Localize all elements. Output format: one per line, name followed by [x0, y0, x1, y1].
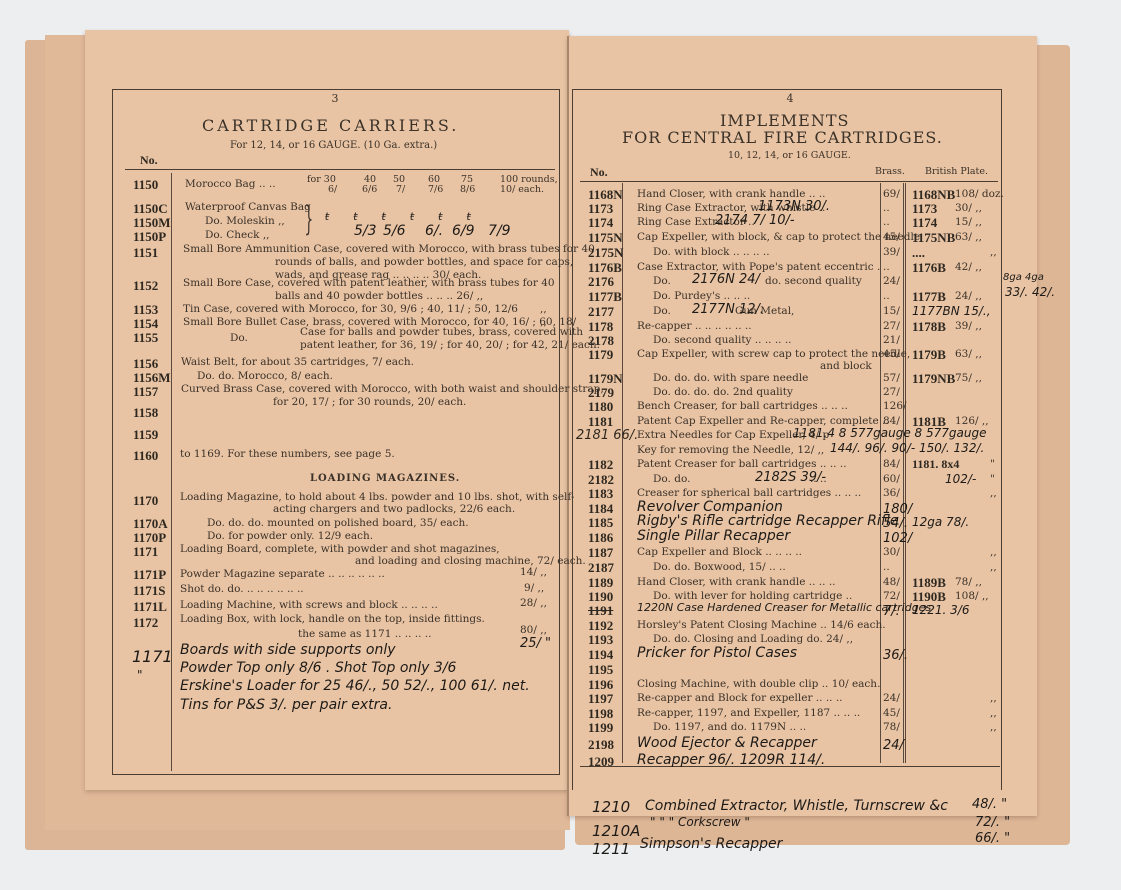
item-description: Shot do. do. .. .. .. .. .. .. [180, 583, 304, 595]
item-number: 1171S [133, 583, 166, 599]
item-price: 80/ ,, [520, 624, 547, 636]
brass-price: 36/ [883, 487, 900, 499]
handwritten-annotation: 144/. 96/. 90/- 150/. 132/. [830, 441, 984, 455]
item-description: Patent Creaser for ball cartridges .. ..… [637, 458, 847, 470]
item-number: 1171 [133, 544, 158, 560]
british-plate-price: 63/ ,, [955, 231, 982, 243]
item-number: 1187 [588, 545, 613, 561]
british-plate-price: ,, [990, 546, 997, 558]
item-price: 14/ ,, [520, 566, 547, 578]
handwritten-item-price: 72/. " [975, 815, 1010, 830]
item-description: Bench Creaser, for ball cartridges .. ..… [637, 400, 848, 412]
brass-price: .. [883, 202, 890, 214]
brass-price: 39/ [883, 246, 900, 258]
brass-price: .. [883, 216, 890, 228]
british-plate-number: 1177BN 15/., [912, 304, 991, 318]
brass-price: 45/ [883, 707, 900, 719]
british-plate-number: .... [912, 245, 925, 261]
item-number: 1186 [588, 530, 613, 546]
british-plate-number: 1174 [912, 215, 937, 231]
item-description: Do. Check ,, [205, 229, 270, 241]
left-page-subtitle: For 12, 14, or 16 GAUGE. (10 Ga. extra.) [230, 140, 437, 152]
brass-price: 27/ [883, 386, 900, 398]
right-number-column-divider [622, 183, 623, 763]
item-description: Waist Belt, for about 35 cartridges, 7/ … [181, 356, 414, 368]
british-plate-price: ,, [990, 721, 997, 733]
british-plate-number: 1179B [912, 347, 946, 363]
item-description: Re-capper .. .. .. .. .. .. [637, 320, 752, 332]
item-description: Creaser for spherical ball cartridges ..… [637, 487, 861, 499]
handwritten-price-6-9: 6/9 [452, 223, 475, 239]
item-number: 2176 [588, 274, 614, 290]
british-plate-price: ,, [990, 707, 997, 719]
item-number: 1151 [133, 245, 158, 261]
british-plate-price: ,, [990, 246, 997, 258]
item-description: Do. do. Boxwood, 15/ .. .. [653, 561, 786, 573]
brass-price: 60/ [883, 473, 900, 485]
item-number: 1182 [588, 457, 613, 473]
item-number: 1150P [133, 229, 166, 245]
item-number: 1180 [588, 399, 613, 415]
item-number: 1170 [133, 493, 158, 509]
left-page-number: 3 [320, 93, 350, 105]
item-number: 2181 66/. [576, 428, 638, 443]
item-description: Do. Moleskin ,, [205, 215, 285, 227]
handwritten-annotation: Recapper 96/. 1209R 114/. [637, 752, 825, 768]
british-plate-price: ,, [990, 561, 997, 573]
item-ditto: ,, [540, 303, 547, 315]
brass-price: 24/ [883, 738, 904, 753]
item-description: Powder Magazine separate .. .. .. .. .. … [180, 568, 385, 580]
item-description: Small Bore Case, covered with patent lea… [183, 277, 555, 289]
item-description: Horsley's Patent Closing Machine .. 14/6… [637, 619, 886, 631]
handwritten-item-description: " " " Corkscrew " [650, 815, 750, 829]
british-plate-price: 78/ ,, [955, 576, 982, 588]
british-plate-price: ,, [990, 487, 997, 499]
left-header-rule [125, 169, 555, 170]
brass-price: .. [883, 290, 890, 302]
item-number: 2198 [588, 737, 614, 753]
brass-price: 102/ [883, 531, 912, 546]
item-number: 1150 [133, 177, 158, 193]
british-plate-number: 1175NB [912, 230, 955, 246]
item-number: 1157 [133, 384, 158, 400]
price-30: 6/ [328, 184, 337, 196]
item-description: Cap Expeller, with block, & cap to prote… [637, 231, 920, 243]
handwritten-item-description: Combined Extractor, Whistle, Turnscrew &… [645, 798, 948, 814]
item-description-cont: for 20, 17/ ; for 30 rounds, 20/ each. [273, 396, 466, 408]
item-description: Do. with block .. .. .. .. [653, 246, 770, 258]
item-number: 1179 [588, 347, 613, 363]
british-plate-number: 1179NB [912, 371, 955, 387]
british-plate-number: 1177B [912, 289, 946, 305]
british-plate-price: 63/ ,, [955, 348, 982, 360]
spine-gutter [567, 36, 569, 816]
handwritten-price-5-6: 5/6 [383, 223, 406, 239]
item-description: Morocco Bag .. .. [185, 178, 276, 190]
brass-price: 45/ [883, 231, 900, 243]
brass-price: 69/ [883, 188, 900, 200]
item-description: Do. do. Closing and Loading do. 24/ ,, [653, 633, 853, 645]
handwritten-annotation: Wood Ejector & Recapper [637, 735, 817, 751]
handwritten-note-tins: Tins for P&S 3/. per pair extra. [180, 697, 392, 713]
item-description: Do. do. [653, 473, 690, 485]
british-plate-number: 1176B [912, 260, 946, 276]
item-number: 1177B [588, 289, 622, 305]
handwritten-price-5-3: 5/3 [354, 223, 377, 239]
item-number: 1195 [588, 662, 613, 678]
item-description: Loading Machine, with screws and block .… [180, 599, 438, 611]
item-number: 2177 [588, 304, 614, 320]
item-number: 1155 [133, 330, 158, 346]
item-number: 1191 [588, 603, 613, 619]
price-100: 10/ each. [500, 184, 544, 196]
handwritten-item-number: 1210A [592, 822, 640, 840]
right-page-number: 4 [775, 93, 805, 105]
left-no-header: No. [140, 153, 158, 168]
brass-price: 84/ [883, 458, 900, 470]
item-number: 1193 [588, 632, 613, 648]
item-description: Cap Expeller and Block .. .. .. .. [637, 546, 802, 558]
item-description-cont: Gun Metal, [735, 305, 794, 317]
british-plate-price: 108/ ,, [955, 590, 989, 602]
item-number: 1171L [133, 599, 167, 615]
item-description: Re-capper and Block for expeller .. .. .… [637, 692, 843, 704]
item-description: Key for removing the Needle, 12/ ,, [637, 444, 824, 456]
handwritten-price-6: 6/. [425, 223, 443, 239]
price-50: 7/ [396, 184, 405, 196]
brass-price: 24/ [883, 275, 900, 287]
item-number: 1174 [588, 215, 613, 231]
british-plate-price: ,, [990, 692, 997, 704]
brass-price: 30/ [883, 546, 900, 558]
item-description: Do. second quality .. .. .. .. [653, 334, 792, 346]
brass-price: 48/ [883, 576, 900, 588]
item-number: 1194 [588, 647, 613, 663]
item-number: 1185 [588, 515, 613, 531]
item-description: Do. do. Morocco, 8/ each. [197, 370, 333, 382]
handwritten-annotation: 2174 7/ 10/- [715, 213, 795, 228]
handwritten-annotation: 1173N 30/. [758, 199, 830, 214]
british-plate-price: 24/ ,, [955, 290, 982, 302]
item-description: Loading Magazine, to hold about 4 lbs. p… [180, 491, 574, 503]
brass-price: 24/ [883, 692, 900, 704]
right-header-rule [580, 181, 998, 182]
item-description: Do. do. do. mounted on polished board, 3… [207, 517, 469, 529]
brass-price: 54/. [883, 516, 908, 531]
handwritten-annotation: 1181.4 8 577gauge 8 577gauge [793, 426, 986, 440]
item-description: Small Bore Ammunition Case, covered with… [183, 243, 595, 255]
item-number: 1197 [588, 691, 613, 707]
brass-price: 7/. [883, 604, 900, 619]
brass-price: 45/ [883, 348, 900, 360]
item-description: Do. [653, 275, 671, 287]
item-description-cont: .. .. [810, 473, 827, 485]
handwritten-item-number: 1171 [132, 647, 173, 666]
item-description: Hand Closer, with crank handle .. .. .. [637, 576, 836, 588]
item-description-cont: acting chargers and two padlocks, 22/6 e… [273, 503, 515, 515]
item-description: Do. do. do. do. 2nd quality [653, 386, 793, 398]
british-plate-price: " [990, 458, 995, 470]
british-plate-number: 1181. 8x4 [912, 457, 959, 472]
british-plate-price: 39/ ,, [955, 320, 982, 332]
handwritten-note-powder-shot-top: Powder Top only 8/6 . Shot Top only 3/6 [180, 660, 456, 676]
right-no-header: No. [590, 165, 608, 180]
price-40: 6/6 [362, 184, 377, 196]
plate-column-divider [903, 183, 906, 763]
british-plate-price: 108/ doz. [955, 188, 1004, 200]
brass-price: 27/ [883, 320, 900, 332]
crossed-out-prices: ŧŧŧŧŧŧ [325, 210, 495, 223]
price-60: 7/6 [428, 184, 443, 196]
item-description: Do. 1197, and do. 1179N .. .. [653, 721, 806, 733]
brass-price: 21/ [883, 334, 900, 346]
brass-price: .. [883, 261, 890, 273]
item-description: Loading Box, with lock, handle on the to… [180, 613, 485, 625]
british-plate-price: 30/ ,, [955, 202, 982, 214]
handwritten-item-description: Simpson's Recapper [640, 836, 782, 852]
item-description-cont: do. second quality [765, 275, 862, 287]
handwritten-margin-gauges: 8ga 4ga [1003, 272, 1044, 283]
item-description-cont: rounds of balls, and powder bottles, and… [275, 256, 573, 268]
british-plate-number: 102/- [945, 472, 976, 486]
item-number: 1160 [133, 448, 158, 464]
brass-price: .. [883, 561, 890, 573]
item-price: 28/ ,, [520, 597, 547, 609]
item-description: Re-capper, 1197, and Expeller, 1187 .. .… [637, 707, 860, 719]
item-description: Do. [230, 332, 248, 344]
item-description-cont: the same as 1171 .. .. .. .. [298, 628, 431, 640]
item-description: Cap Expeller, with screw cap to protect … [637, 348, 910, 360]
item-number: 1175N [588, 230, 623, 246]
item-number: 2187 [588, 560, 614, 576]
item-number: 1159 [133, 427, 158, 443]
item-number: 1171P [133, 567, 166, 583]
item-description-cont: and block [820, 360, 872, 372]
item-description-cont: patent leather, for 36, 19/ ; for 40, 20… [300, 339, 600, 351]
item-description: Do. Purdey's .. .. .. [653, 290, 750, 302]
item-description: Curved Brass Case, covered with Morocco,… [181, 383, 604, 395]
handwritten-annotation: Rigby's Rifle cartridge Recapper Rifle [637, 513, 898, 529]
brass-price: 15/ [883, 305, 900, 317]
item-number: 1199 [588, 720, 613, 736]
handwritten-annotation: Single Pillar Recapper [637, 528, 790, 544]
item-description: Do. for powder only. 12/9 each. [207, 530, 373, 542]
handwritten-item-price: 48/. " [972, 797, 1007, 812]
item-price: 9/ ,, [524, 582, 544, 594]
left-number-column-divider [171, 173, 172, 771]
item-description: Do. [653, 305, 671, 317]
price-75: 8/6 [460, 184, 475, 196]
british-plate-number: 1221. 3/6 [912, 603, 969, 617]
british-plate-price: " [990, 473, 995, 485]
item-description: Waterproof Canvas Bag [185, 201, 311, 213]
item-number: 1209 [588, 754, 614, 770]
item-number: 1158 [133, 405, 158, 421]
brass-price: 126/ [883, 400, 907, 412]
item-number: 2175N [588, 245, 623, 261]
item-number: 1152 [133, 278, 158, 294]
item-number: 1172 [133, 615, 158, 631]
handwritten-price-7-9: 7/9 [488, 223, 511, 239]
handwritten-annotation: Pricker for Pistol Cases [637, 645, 797, 661]
section-title-loading-magazines: LOADING MAGAZINES. [310, 473, 460, 485]
handwritten-annotation: 2176N 24/ [692, 272, 760, 287]
item-description-cont: Case for balls and powder tubes, brass, … [300, 326, 583, 338]
british-plate-price: 75/ ,, [955, 372, 982, 384]
handwritten-ditto: " [137, 668, 143, 682]
british-plate-number: 1178B [912, 319, 946, 335]
item-description: Tin Case, covered with Morocco, for 30, … [183, 303, 518, 315]
item-description-cont: and loading and closing machine, 72/ eac… [355, 555, 586, 567]
handwritten-item-number: 1210 [592, 798, 630, 816]
brass-price: 57/ [883, 372, 900, 384]
handwritten-item-price: 66/. " [975, 831, 1010, 846]
right-page-subtitle: 10, 12, 14, or 16 GAUGE. [728, 150, 851, 162]
handwritten-note-boards-price: 25/ " [520, 636, 551, 651]
left-page-title: CARTRIDGE CARRIERS. [202, 116, 459, 135]
handwritten-margin-gauge-prices: 33/. 42/. [1005, 285, 1055, 299]
brass-price: 78/ [883, 721, 900, 733]
british-plate-price: 15/ ,, [955, 216, 982, 228]
brass-column-header: Brass. [875, 166, 905, 178]
item-description: Closing Machine, with double clip .. 10/… [637, 678, 880, 690]
handwritten-note-erskine-loader: Erskine's Loader for 25 46/., 50 52/., 1… [180, 678, 530, 694]
item-description: to 1169. For these numbers, see page 5. [180, 448, 395, 460]
british-plate-number: 12ga 78/. [912, 515, 969, 529]
brass-price: 36/. [883, 648, 908, 663]
bracket: } [304, 200, 313, 238]
item-number: 1183 [588, 486, 613, 502]
right-page-title-line2: FOR CENTRAL FIRE CARTRIDGES. [622, 128, 943, 147]
item-description: Do. do. do. with spare needle [653, 372, 808, 384]
british-plate-price: 42/ ,, [955, 261, 982, 273]
item-description: Loading Board, complete, with powder and… [180, 543, 500, 555]
british-plate-column-header: British Plate. [925, 166, 988, 178]
handwritten-item-number: 1211 [592, 840, 630, 858]
handwritten-note-boards: Boards with side supports only [180, 642, 396, 658]
item-description-cont: balls and 40 powder bottles .. .. .. 26/… [275, 290, 483, 302]
